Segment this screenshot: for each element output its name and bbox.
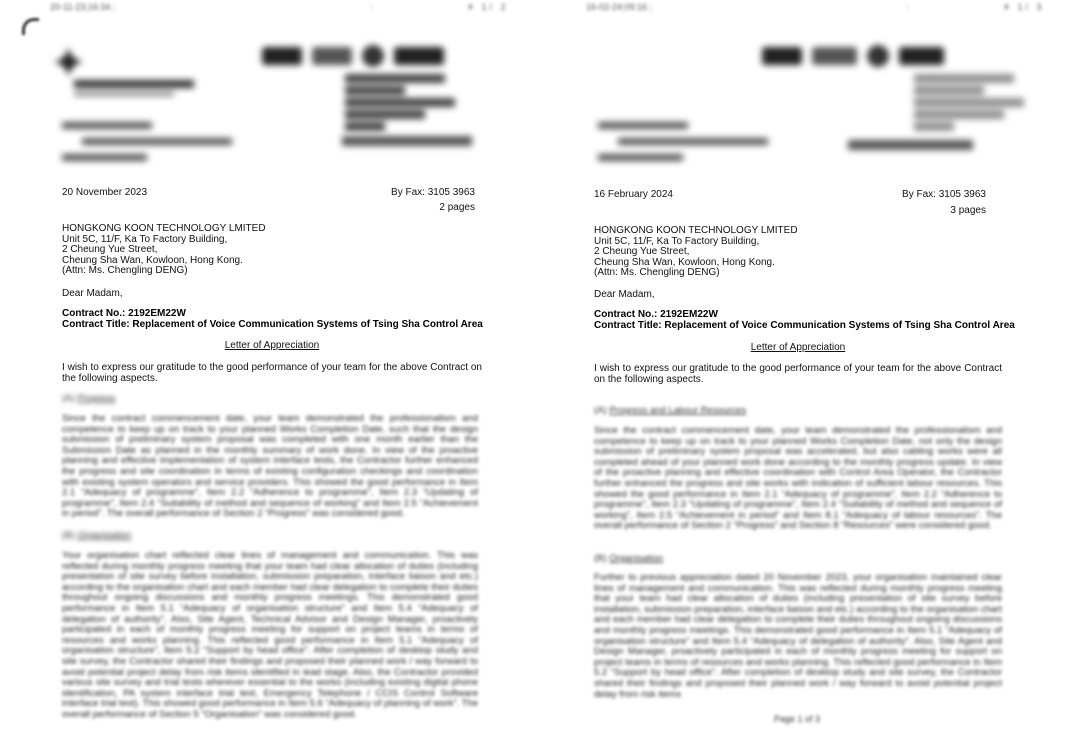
- fax-header: 16-02-24;09:16 ; : # 1/ 3: [536, 0, 1072, 14]
- recipient-address: HONGKONG KOON TECHNOLOGY LMITED Unit 5C,…: [62, 224, 266, 277]
- contact-block: [342, 136, 472, 155]
- department-logo: ✦: [50, 34, 190, 104]
- recipient-company: HONGKONG KOON TECHNOLOGY LMITED: [62, 224, 266, 235]
- salutation: Dear Madam,: [62, 288, 123, 299]
- section-a-heading: (A) Progress: [62, 393, 115, 404]
- salutation: Dear Madam,: [594, 289, 655, 300]
- department-address: [914, 74, 1034, 134]
- fax-header-mid: :: [906, 2, 909, 12]
- intro-paragraph: I wish to express our gratitude to the g…: [594, 363, 1002, 385]
- intro-paragraph: I wish to express our gratitude to the g…: [62, 362, 482, 384]
- section-b-body: Your organisation chart reflected clear …: [62, 551, 478, 721]
- recipient-company: HONGKONG KOON TECHNOLOGY LMITED: [594, 226, 798, 237]
- letter-date: 20 November 2023: [62, 187, 147, 198]
- department-address: [345, 74, 455, 134]
- section-b-heading: (B) Organisation: [594, 553, 663, 564]
- section-a-body: Since the contract commencement date, yo…: [594, 426, 1002, 532]
- section-b-heading: (B) Organisation: [62, 530, 131, 541]
- fax-page-indicator: # 1/ 3: [1004, 2, 1045, 12]
- section-a-body: Since the contract commencement date, yo…: [62, 414, 478, 520]
- fax-number: By Fax: 3105 3963: [902, 189, 986, 200]
- fax-page-indicator: # 1/ 2: [468, 2, 509, 12]
- department-title: [262, 44, 444, 68]
- letter-date: 16 February 2024: [594, 189, 673, 200]
- reference-block: [598, 122, 748, 170]
- recipient-address: HONGKONG KOON TECHNOLOGY LMITED Unit 5C,…: [594, 226, 798, 279]
- page-count: 2 pages: [439, 202, 475, 213]
- page-count: 3 pages: [950, 205, 986, 216]
- fax-timestamp: 16-02-24;09:16 ;: [586, 2, 652, 12]
- contract-number: Contract No.: 2192EM22W: [594, 309, 1015, 320]
- letter-title: Letter of Appreciation: [588, 342, 1008, 353]
- fax-header: 20-11-23;16:34 ; : # 1/ 2: [0, 0, 536, 14]
- contract-title: Contract Title: Replacement of Voice Com…: [594, 320, 1015, 331]
- section-b-body: Further to previous appreciation dated 2…: [594, 573, 1002, 700]
- scan-corner-mark: [22, 18, 39, 35]
- reference-block: [62, 122, 212, 170]
- page-footer: Page 1 of 3: [774, 714, 820, 724]
- contract-title: Contract Title: Replacement of Voice Com…: [62, 319, 483, 330]
- section-a-heading: (A) Progress and Labour Resources: [594, 405, 746, 416]
- contract-number: Contract No.: 2192EM22W: [62, 308, 483, 319]
- contact-block: [848, 140, 978, 159]
- fax-number: By Fax: 3105 3963: [391, 187, 475, 198]
- contract-info: Contract No.: 2192EM22W Contract Title: …: [594, 309, 1015, 331]
- fax-timestamp: 20-11-23;16:34 ;: [50, 2, 115, 12]
- department-emblem-icon: [867, 45, 889, 67]
- letter-title: Letter of Appreciation: [62, 340, 482, 351]
- fax-header-mid: :: [370, 2, 373, 12]
- letter-page-1: 20-11-23;16:34 ; : # 1/ 2 ✦ 20 November …: [0, 0, 536, 740]
- contract-info: Contract No.: 2192EM22W Contract Title: …: [62, 308, 483, 330]
- department-title: [762, 44, 944, 68]
- department-emblem-icon: [362, 45, 384, 67]
- letter-page-2: 16-02-24;09:16 ; : # 1/ 3 16 February 20…: [536, 0, 1072, 740]
